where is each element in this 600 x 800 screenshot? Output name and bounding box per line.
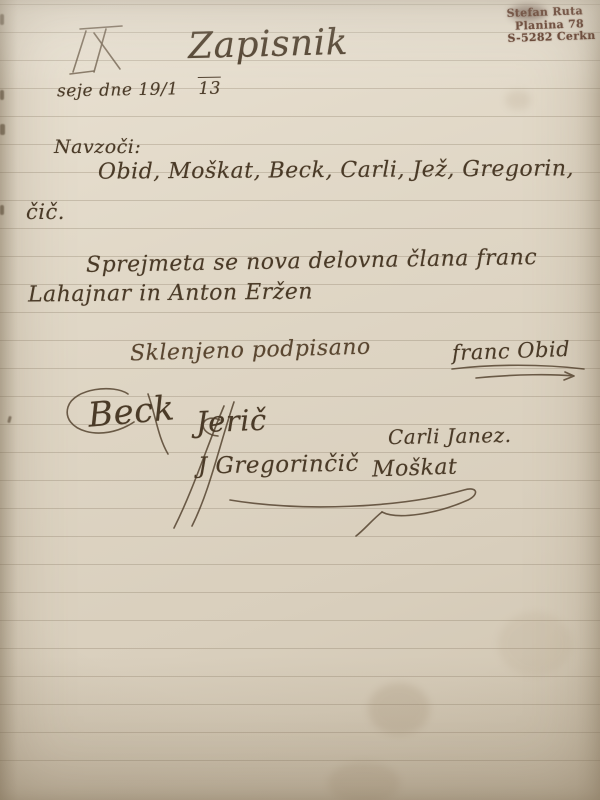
page-title: Zapisnik bbox=[187, 22, 348, 67]
pencil-numeral-ix-mark bbox=[68, 24, 132, 78]
body-line-2: Lahajnar in Anton Eržen bbox=[28, 280, 313, 308]
edge-ink-speck bbox=[0, 14, 4, 25]
edge-ink-speck bbox=[7, 416, 12, 424]
edge-ink-speck bbox=[0, 90, 4, 100]
signature-jeric: Jerič bbox=[195, 403, 267, 439]
attendees-line-1: Obid, Moškat, Beck, Carli, Jež, Gregorin… bbox=[98, 156, 574, 184]
attendees-label: Navzoči: bbox=[54, 136, 141, 158]
signature-franc-obid: franc Obid bbox=[452, 337, 571, 365]
paper-stain bbox=[505, 90, 531, 110]
date-line: seje dne 19/1 13 bbox=[57, 79, 221, 102]
date-year: 13 bbox=[198, 77, 221, 99]
attendees-line-2: čič. bbox=[26, 200, 65, 224]
date-prefix: seje dne 19/1 bbox=[57, 79, 179, 101]
signature-gregorincic: J Gregorinčič bbox=[198, 451, 359, 480]
stamp-line-3: S-5282 Cerkn bbox=[507, 29, 600, 45]
obid-underline-flourish bbox=[448, 362, 590, 386]
paper-stain bbox=[328, 762, 400, 800]
paper-stain bbox=[368, 683, 430, 735]
notebook-page: Zapisnik seje dne 19/1 13 Navzoči: Obid,… bbox=[0, 0, 600, 800]
signature-carli-janez: Carli Janez. bbox=[388, 423, 512, 449]
body-line-1: Sprejmeta se nova delovna člana franc bbox=[86, 245, 538, 278]
moskat-underline-flourish bbox=[222, 478, 492, 538]
edge-ink-speck bbox=[0, 124, 5, 135]
closing-line: Sklenjeno podpisano bbox=[130, 335, 371, 367]
owner-stamp: Stefan Ruta Planina 78 S-5282 Cerkn bbox=[506, 4, 600, 45]
edge-ink-speck bbox=[0, 205, 4, 215]
paper-stain bbox=[498, 612, 572, 676]
